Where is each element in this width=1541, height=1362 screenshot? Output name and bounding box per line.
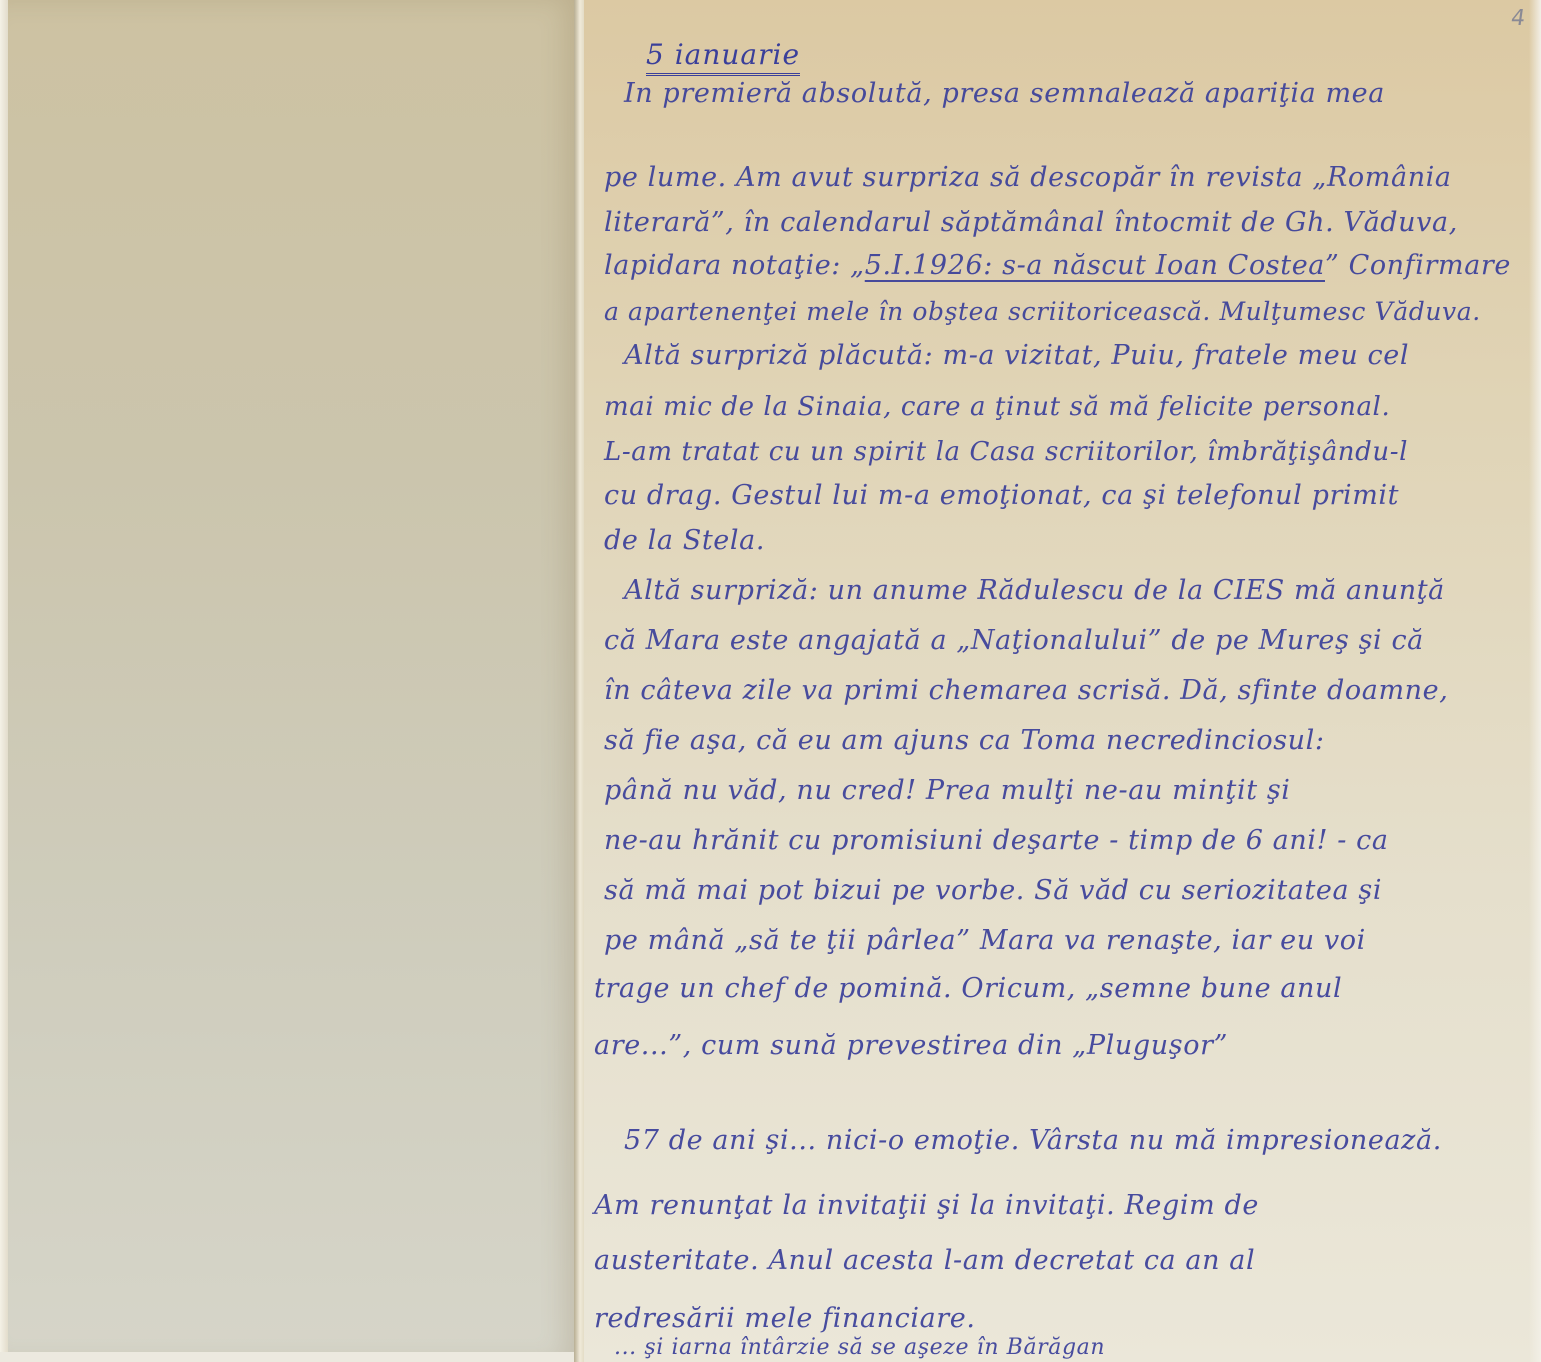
diary-line: de la Stela. [604,525,1541,556]
right-page: 4 5 ianuarie In premieră absolută, presa… [584,0,1541,1362]
diary-line: ... şi iarna întârzie să se aşeze în Băr… [614,1335,1541,1360]
notebook-spread: 4 5 ianuarie In premieră absolută, presa… [0,0,1541,1362]
diary-line: austeritate. Anul acesta l-am decretat c… [594,1245,1541,1276]
diary-line: In premieră absolută, presa semnalează a… [624,78,1541,109]
page-number: 4 [1509,6,1527,31]
diary-line: lapidara notaţie: „5.I.1926: s-a născut … [604,250,1541,281]
diary-line: 57 de ani şi... nici-o emoţie. Vârsta nu… [624,1125,1541,1156]
diary-line: în câteva zile va primi chemarea scrisă.… [604,675,1541,706]
diary-line: cu drag. Gestul lui m-a emoţionat, ca şi… [604,480,1541,511]
diary-line: Altă surpriză plăcută: m-a vizitat, Puiu… [624,340,1541,371]
left-page-blank [0,0,578,1362]
diary-line: ne-au hrănit cu promisiuni deşarte - tim… [604,825,1541,856]
entry-date-heading: 5 ianuarie [646,38,800,76]
notebook-gutter [574,0,584,1362]
diary-line: Am renunţat la invitaţii şi la invitaţi.… [594,1190,1541,1221]
diary-line: să mă mai pot bizui pe vorbe. Să văd cu … [604,875,1541,906]
underlined-birth-notice: 5.I.1926: s-a născut Ioan Costea [865,250,1325,281]
diary-line: a apartenenţei mele în obştea scriitoric… [604,297,1541,326]
diary-line: Altă surpriză: un anume Rădulescu de la … [624,575,1541,606]
diary-line: pe lume. Am avut surpriza să descopăr în… [604,162,1541,193]
diary-line: mai mic de la Sinaia, care a ţinut să mă… [604,392,1541,422]
diary-line: L-am tratat cu un spirit la Casa scriito… [604,437,1541,467]
diary-line: pe mână „să te ţii pârleа” Mara va renaş… [604,925,1541,956]
diary-line: redresării mele financiare. [594,1303,1541,1334]
diary-line: până nu văd, nu cred! Prea mulţi ne-au m… [604,775,1541,806]
diary-line: că Mara este angajată a „Naţionalului” d… [604,625,1541,656]
diary-line: să fie aşa, că eu am ajuns ca Toma necre… [604,725,1541,756]
diary-line: literară”, în calendarul săptămânal înto… [604,207,1541,238]
diary-line: trage un chef de pomină. Oricum, „semne … [594,973,1541,1004]
diary-line: are...”, cum sună prevestirea din „Plugu… [594,1030,1541,1061]
